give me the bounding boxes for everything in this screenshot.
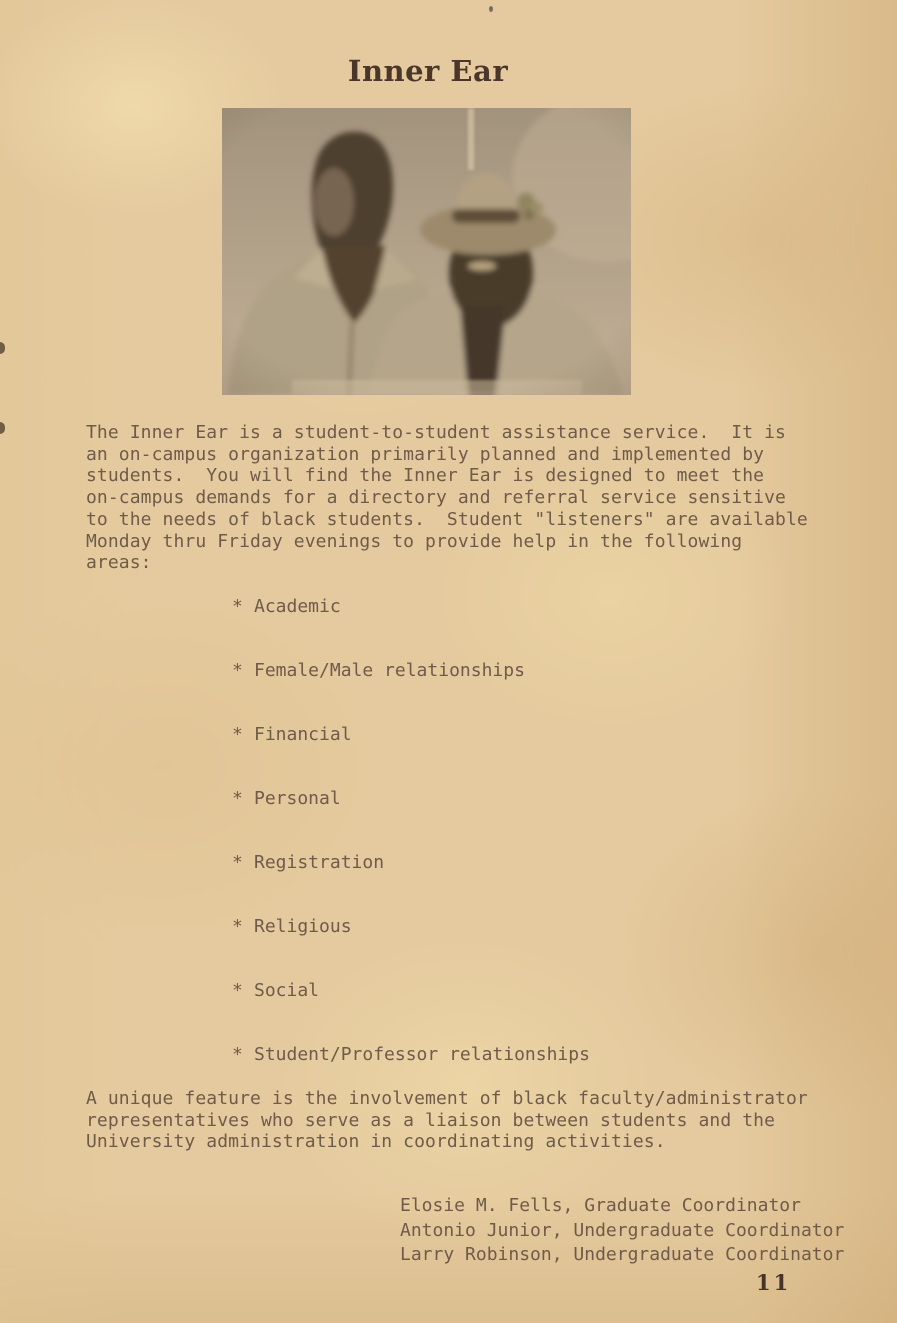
coordinator-line: Elosie M. Fells, Graduate Coordinator [400,1194,844,1219]
areas-list: *Academic *Female/Male relationships *Fi… [232,596,590,1108]
list-item: *Student/Professor relationships [232,1044,590,1066]
binding-mark [0,422,5,434]
asterisk-bullet: * [232,660,254,682]
asterisk-bullet: * [232,724,254,746]
photo-vignette [222,108,631,395]
photo-illustration [222,108,631,395]
intro-paragraph: The Inner Ear is a student-to-student as… [86,422,808,574]
area-label: Financial [254,724,352,745]
area-label: Female/Male relationships [254,660,525,681]
list-item: *Financial [232,724,590,746]
list-item: *Personal [232,788,590,810]
asterisk-bullet: * [232,916,254,938]
list-item: *Female/Male relationships [232,660,590,682]
area-label: Registration [254,852,384,873]
binding-mark [0,342,5,354]
coordinator-line: Antonio Junior, Undergraduate Coordinato… [400,1219,844,1244]
list-item: *Registration [232,852,590,874]
area-label: Personal [254,788,341,809]
list-item: *Social [232,980,590,1002]
area-label: Religious [254,916,352,937]
coordinators-block: Elosie M. Fells, Graduate Coordinator An… [400,1194,844,1268]
list-item: *Academic [232,596,590,618]
asterisk-bullet: * [232,980,254,1002]
asterisk-bullet: * [232,596,254,618]
area-label: Academic [254,596,341,617]
photograph [222,108,631,395]
closing-paragraph: A unique feature is the involvement of b… [86,1088,808,1153]
coordinator-line: Larry Robinson, Undergraduate Coordinato… [400,1243,844,1268]
list-item: *Religious [232,916,590,938]
page-number: 11 [756,1270,791,1295]
asterisk-bullet: * [232,1044,254,1066]
page-title: Inner Ear [0,54,856,88]
asterisk-bullet: * [232,852,254,874]
area-label: Social [254,980,319,1001]
area-label: Student/Professor relationships [254,1044,590,1065]
asterisk-bullet: * [232,788,254,810]
scan-speck [489,6,493,12]
